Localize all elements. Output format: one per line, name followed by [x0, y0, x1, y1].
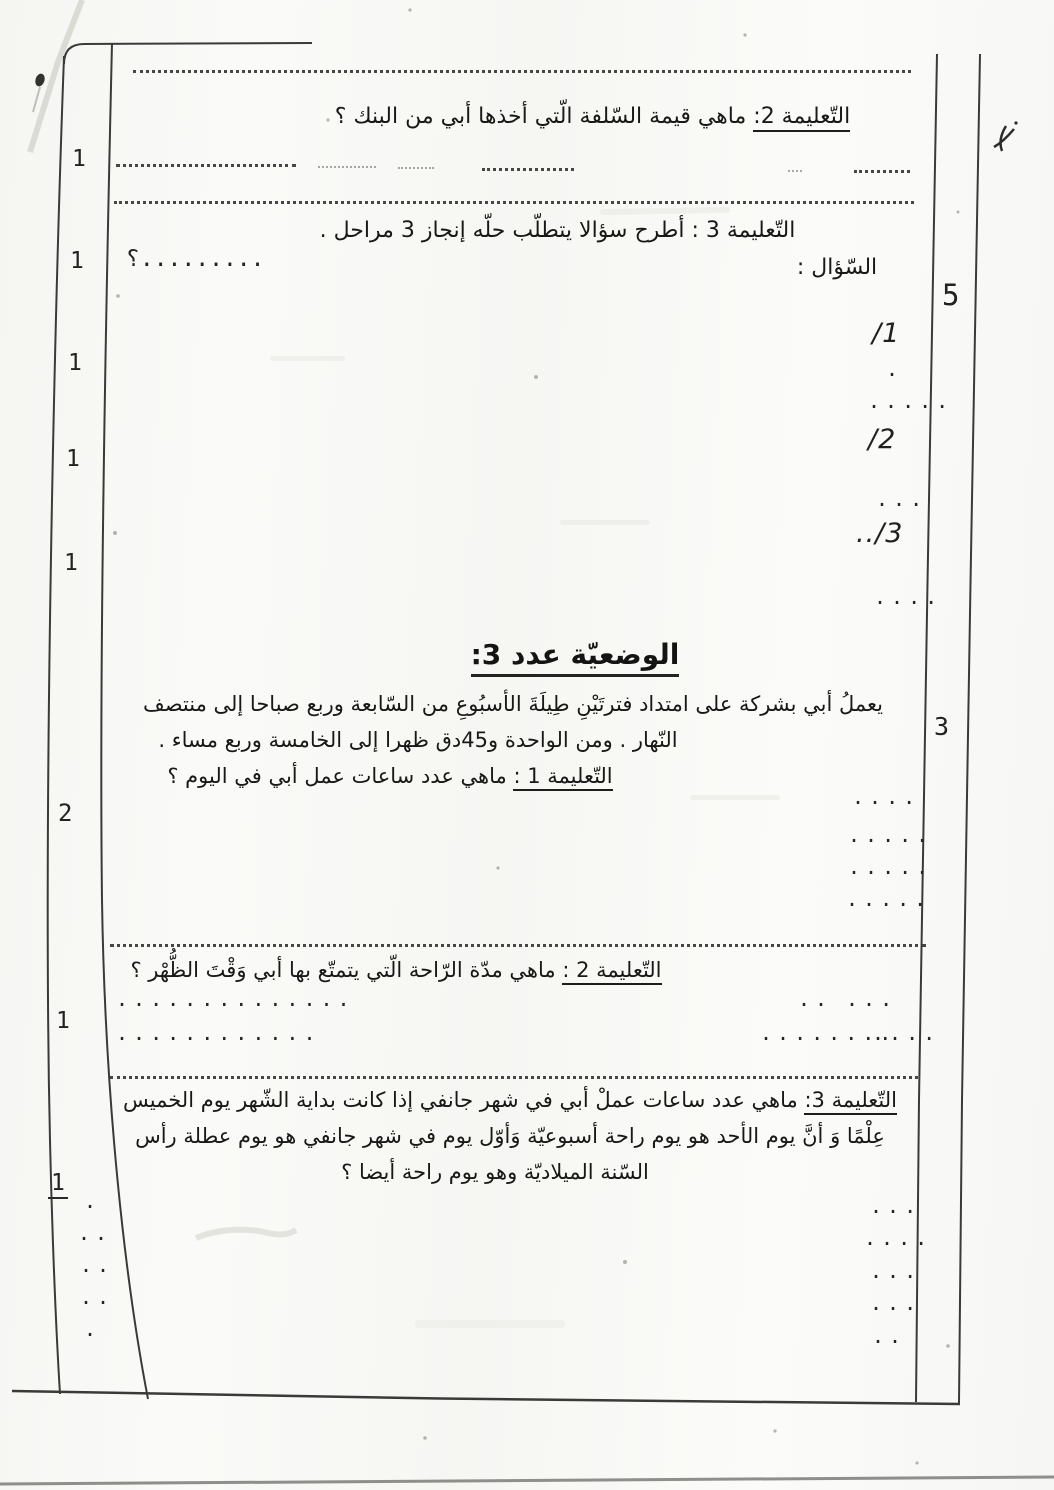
- score-cell: 1: [72, 146, 86, 172]
- situation-3-instruction-1-label: التّعليمة 1 :: [513, 764, 612, 791]
- dot-cluster: ....: [872, 1026, 940, 1040]
- score-cell: 3: [934, 714, 949, 740]
- page-edge-line: [0, 1477, 1054, 1484]
- instruction-3-label: التّعليمة 3 :: [691, 218, 795, 243]
- scanned-exam-page: 1 1 1 1 1 2 1 1 5 3 التّعليمة 2: ماهي قي…: [0, 0, 1054, 1490]
- scan-streak: [270, 356, 345, 361]
- situation-3-body-line-2: النّهار . ومن الواحدة و45دق ظهرا إلى الخ…: [118, 728, 718, 752]
- dotted-answer-line: [318, 166, 376, 168]
- instruction-2-label: التّعليمة 2:: [753, 104, 850, 132]
- dot-cluster: ...: [870, 1264, 921, 1278]
- dotted-answer-line: [116, 164, 296, 167]
- table-border-top: [64, 43, 312, 64]
- dot-cluster: .: [886, 362, 903, 376]
- dot-cluster: .: [84, 1322, 101, 1336]
- scan-streak: [690, 795, 780, 800]
- dot-cluster: ..: [80, 1290, 114, 1304]
- scan-streak: [415, 1320, 565, 1328]
- situation-3-instruction-1-text: ماهي عدد ساعات عمل أبي في اليوم ؟: [167, 764, 506, 788]
- question-label: السّؤال :: [782, 255, 892, 280]
- dot-cluster: ....: [874, 590, 942, 604]
- ink-blob: [34, 72, 47, 87]
- table-border-bottom: [12, 1391, 960, 1404]
- situation-3-body-line-1: يعملُ أبي بشركة على امتداد فترتَيْنِ طِي…: [113, 692, 913, 716]
- score-cell: 1: [66, 446, 80, 472]
- dot-cluster: .: [84, 1194, 101, 1208]
- scan-streak: [600, 207, 730, 215]
- scan-crease: [30, 0, 82, 152]
- situation-3-heading: الوضعيّة عدد 3:: [420, 638, 730, 677]
- dotted-answer-line: [114, 201, 914, 204]
- dot-cluster: ..: [80, 1258, 114, 1272]
- instruction-3-line: التّعليمة 3 : أطرح سؤالا يتطلّب حلّه إنج…: [295, 218, 820, 243]
- instruction-3-text: أطرح سؤالا يتطلّب حلّه إنجاز 3 مراحل .: [320, 218, 685, 243]
- ink-blob-tail: [33, 87, 40, 112]
- score-cell: 5: [942, 282, 959, 308]
- dotted-answer-line: [133, 70, 911, 73]
- dotted-answer-line: [110, 944, 926, 947]
- dot-cluster: ............: [116, 1026, 321, 1040]
- dotted-answer-line: [482, 168, 574, 171]
- dot-cluster: ....: [852, 790, 920, 804]
- situation-3-instruction-3-line-1: التّعليمة 3: ماهي عدد ساعات عملْ أبي في …: [110, 1088, 910, 1112]
- step-marker-3: ../3: [856, 518, 903, 549]
- situation-3-instruction-2-line: التّعليمة 2 : ماهي مدّة الرّاحة الّتي يت…: [92, 958, 700, 982]
- instruction-2-line: التّعليمة 2: ماهي قيمة السّلفة الّتي أخذ…: [330, 104, 855, 129]
- dot-cluster: ..............: [116, 992, 355, 1006]
- dot-cluster: ...: [846, 992, 897, 1006]
- situation-3-instruction-3-line-3: السّنة الميلاديّة وهو يوم راحة أيضا ؟: [115, 1160, 875, 1184]
- dot-cluster: ..: [798, 992, 832, 1006]
- dot-cluster: ...: [870, 1296, 921, 1310]
- dotted-answer-line: [788, 170, 802, 172]
- dot-cluster: ..: [872, 1329, 906, 1343]
- dotted-answer-line: [854, 170, 910, 173]
- score-cell: 1: [68, 350, 82, 376]
- dot-cluster: .....: [848, 860, 933, 874]
- dot-cluster: ...: [870, 1199, 921, 1213]
- situation-3-instruction-3-line-2: عِلْمًا وَ أنَّ يوم الأحد هو يوم راحة أس…: [110, 1124, 910, 1148]
- score-cell: 1: [56, 1008, 70, 1034]
- table-border-right-outer: [959, 54, 980, 1403]
- dot-cluster: .....: [848, 828, 933, 842]
- score-cell: 1: [70, 248, 84, 274]
- faint-smudge: [196, 1230, 296, 1238]
- dot-cluster: ..: [78, 1226, 112, 1240]
- step-marker-2: /2: [868, 424, 896, 455]
- score-cell: 1: [48, 1170, 68, 1199]
- dot-cluster: .....: [868, 394, 953, 408]
- dotted-answer-line: [398, 167, 434, 169]
- dot-cluster: .....: [846, 892, 931, 906]
- dotted-answer-line: [110, 1076, 918, 1079]
- situation-3-instruction-3-label: التّعليمة 3:: [804, 1088, 897, 1115]
- situation-3-instruction-2-label: التّعليمة 2 :: [562, 958, 661, 985]
- score-cell: 1: [64, 550, 78, 576]
- score-cell: 2: [58, 800, 72, 826]
- instruction-2-text: ماهي قيمة السّلفة الّتي أخذها أبي من الب…: [335, 104, 746, 129]
- situation-3-instruction-2-text: ماهي مدّة الرّاحة الّتي يتمتّع بها أبي و…: [130, 958, 555, 982]
- step-marker-1: /1: [872, 318, 900, 349]
- scan-streak: [560, 520, 650, 525]
- dot-cluster: ....: [864, 1231, 932, 1245]
- situation-3-title: الوضعيّة عدد 3:: [471, 638, 680, 677]
- question-answer-dots: ؟.........: [126, 246, 264, 272]
- situation-3-instruction-1-line: التّعليمة 1 : ماهي عدد ساعات عمل أبي في …: [90, 764, 690, 788]
- dot-cluster: ...: [876, 492, 927, 506]
- situation-3-instruction-3-text-1: ماهي عدد ساعات عملْ أبي في شهر جانفي إذا…: [123, 1088, 798, 1112]
- ink-scribble: [994, 121, 1018, 151]
